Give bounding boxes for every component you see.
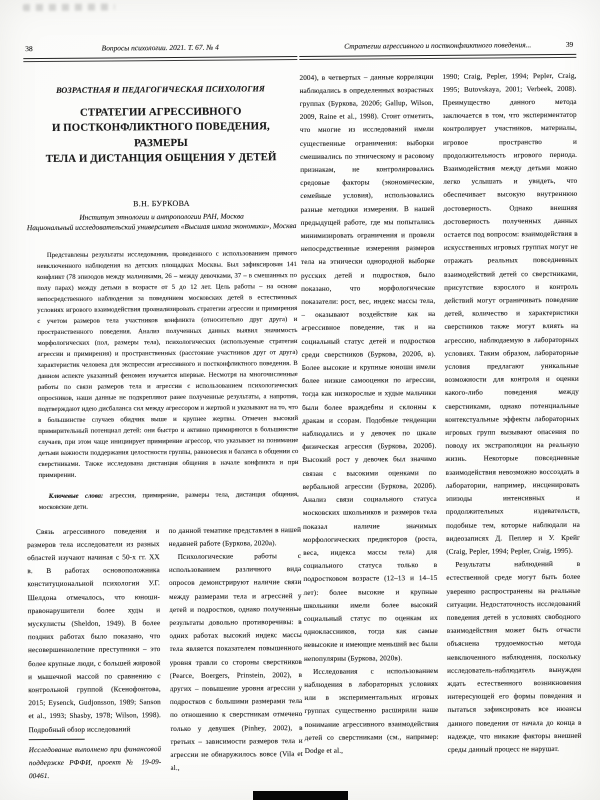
scan-tilt-wrapper: 38 Вопросы психологии. 2021. Т. 67. № 4 … <box>0 0 600 800</box>
footnote-rule <box>29 739 85 740</box>
article-title-line3: ТЕЛА И ДИСТАНЦИЯ ОБЩЕНИЯ У ДЕТЕЙ <box>24 150 298 168</box>
page-39-column-2: 1990; Craig, Pepler, 1994; Pepler, Craig… <box>442 69 582 772</box>
article-title: СТРАТЕГИИ АГРЕССИВНОГО И ПОСТКОНФЛИКТНОГ… <box>24 104 298 168</box>
article-title-line2: И ПОСТКОНФЛИКТНОГО ПОВЕДЕНИЯ, РАЗМЕРЫ <box>24 119 298 152</box>
author-name: В.Н. БУРКОВА <box>24 198 298 209</box>
keywords-label: Ключевые слова: <box>49 492 104 499</box>
header-rule <box>299 54 576 60</box>
page-38-column-1: Связь агрессивного поведения и размеров … <box>27 525 162 786</box>
body-paragraph: Связь агрессивного поведения и размеров … <box>27 525 161 737</box>
page-number: 38 <box>25 42 32 55</box>
page-38-body: Связь агрессивного поведения и размеров … <box>27 524 303 786</box>
body-paragraph: Психологические работы с использованием … <box>169 550 303 775</box>
body-paragraph: 1990; Craig, Pepler, 1994; Pepler, Craig… <box>442 69 580 559</box>
keywords: Ключевые слова: агрессия, примирение, ра… <box>39 489 299 513</box>
page-38: 38 Вопросы психологии. 2021. Т. 67. № 4 … <box>23 40 303 780</box>
abstract-text: Представлены результаты исследования, пр… <box>37 248 299 481</box>
affiliation-2: Национальный исследовательский университ… <box>25 221 299 234</box>
running-head: Стратегии агрессивного и постконфликтног… <box>344 40 531 50</box>
page-38-column-2: по данной тематике представлен в нашей н… <box>168 524 303 785</box>
body-paragraph: по данной тематике представлен в нашей н… <box>168 524 301 551</box>
page-39-column-1: 2004), в четвертых – данные корреляции н… <box>299 71 439 774</box>
page-39: Стратегии агрессивного и постконфликтног… <box>299 38 582 778</box>
body-paragraph: Исследования с использованием наблюдения… <box>304 665 439 758</box>
scan-smudge-artifact <box>23 3 115 11</box>
body-paragraph: 2004), в четвертых – данные корреляции н… <box>299 71 438 666</box>
page-38-header: 38 Вопросы психологии. 2021. Т. 67. № 4 <box>23 40 297 55</box>
section-heading: ВОЗРАСТНАЯ И ПЕДАГОГИЧЕСКАЯ ПСИХОЛОГИЯ <box>24 84 298 95</box>
page-number: 39 <box>566 38 573 51</box>
scanned-journal-spread: 38 Вопросы психологии. 2021. Т. 67. № 4 … <box>0 0 600 800</box>
header-rule <box>23 56 297 62</box>
page-39-header: Стратегии агрессивного и постконфликтног… <box>299 38 576 53</box>
footnote-block: Исследование выполнено при финансовой по… <box>29 739 162 786</box>
funding-footnote: Исследование выполнено при финансовой по… <box>29 743 162 784</box>
running-head: Вопросы психологии. 2021. Т. 67. № 4 <box>102 43 219 53</box>
scan-bottom-bar-artifact <box>253 791 348 800</box>
body-paragraph: Результаты наблюдений в естественной сре… <box>446 558 582 757</box>
page-39-body: 2004), в четвертых – данные корреляции н… <box>299 69 582 773</box>
